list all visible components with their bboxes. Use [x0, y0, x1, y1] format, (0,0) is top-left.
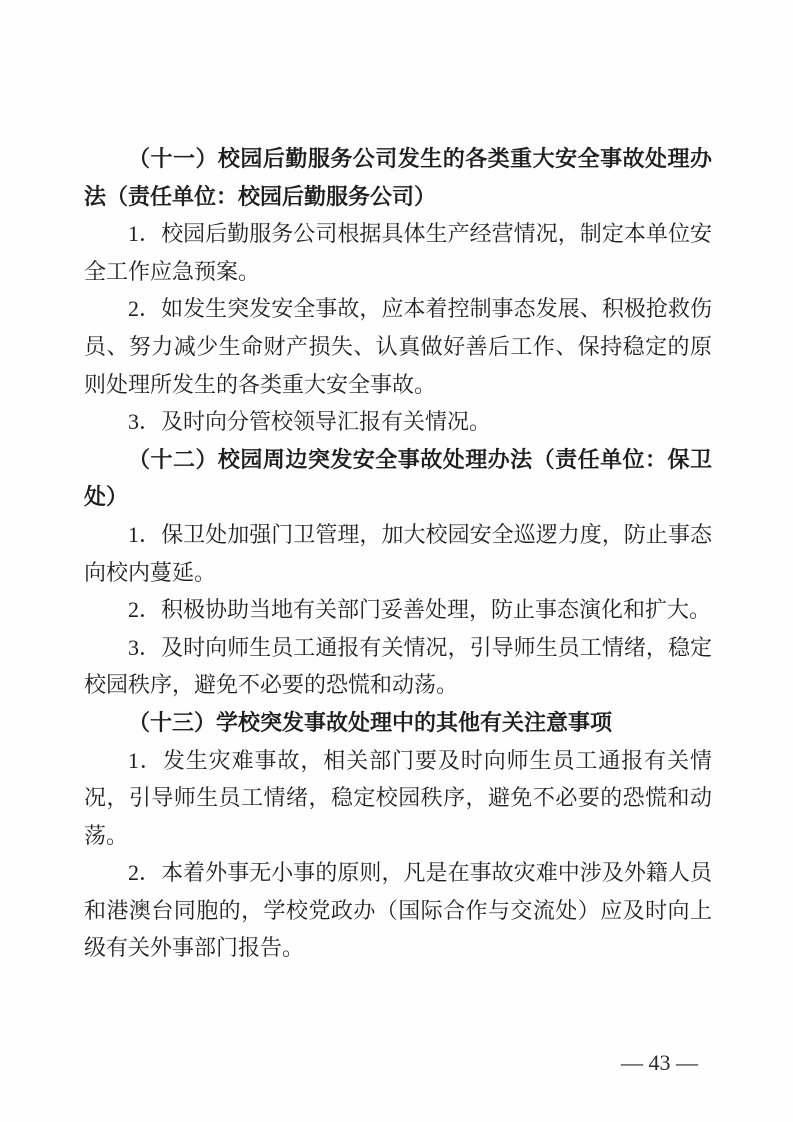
paragraph-13-2: 2．本着外事无小事的原则，凡是在事故灾难中涉及外籍人员和港澳台同胞的，学校党政办… [84, 854, 712, 967]
document-body: （十一）校园后勤服务公司发生的各类重大安全事故处理办法（责任单位：校园后勤服务公… [84, 140, 712, 967]
paragraph-11-3: 3．及时向分管校领导汇报有关情况。 [84, 403, 712, 441]
paragraph-12-2: 2．积极协助当地有关部门妥善处理，防止事态演化和扩大。 [84, 591, 712, 629]
page-footer: — 43 — [599, 1021, 698, 1105]
paragraph-11-1: 1．校园后勤服务公司根据具体生产经营情况，制定本单位安全工作应急预案。 [84, 215, 712, 290]
paragraph-12-3: 3．及时向师生员工通报有关情况，引导师生员工情绪，稳定校园秩序，避免不必要的恐慌… [84, 629, 712, 704]
section-heading-12: （十二）校园周边突发安全事故处理办法（责任单位：保卫处） [84, 441, 712, 516]
paragraph-13-1: 1．发生灾难事故，相关部门要及时向师生员工通报有关情况，引导师生员工情绪，稳定校… [84, 742, 712, 855]
section-heading-11: （十一）校园后勤服务公司发生的各类重大安全事故处理办法（责任单位：校园后勤服务公… [84, 140, 712, 215]
paragraph-12-1: 1．保卫处加强门卫管理，加大校园安全巡逻力度，防止事态向校内蔓延。 [84, 516, 712, 591]
page-number: — 43 — [621, 1050, 698, 1075]
section-heading-13: （十三）学校突发事故处理中的其他有关注意事项 [84, 704, 712, 742]
paragraph-11-2: 2．如发生突发安全事故，应本着控制事态发展、积极抢救伤员、努力减少生命财产损失、… [84, 290, 712, 403]
document-page: （十一）校园后勤服务公司发生的各类重大安全事故处理办法（责任单位：校园后勤服务公… [0, 0, 793, 1122]
